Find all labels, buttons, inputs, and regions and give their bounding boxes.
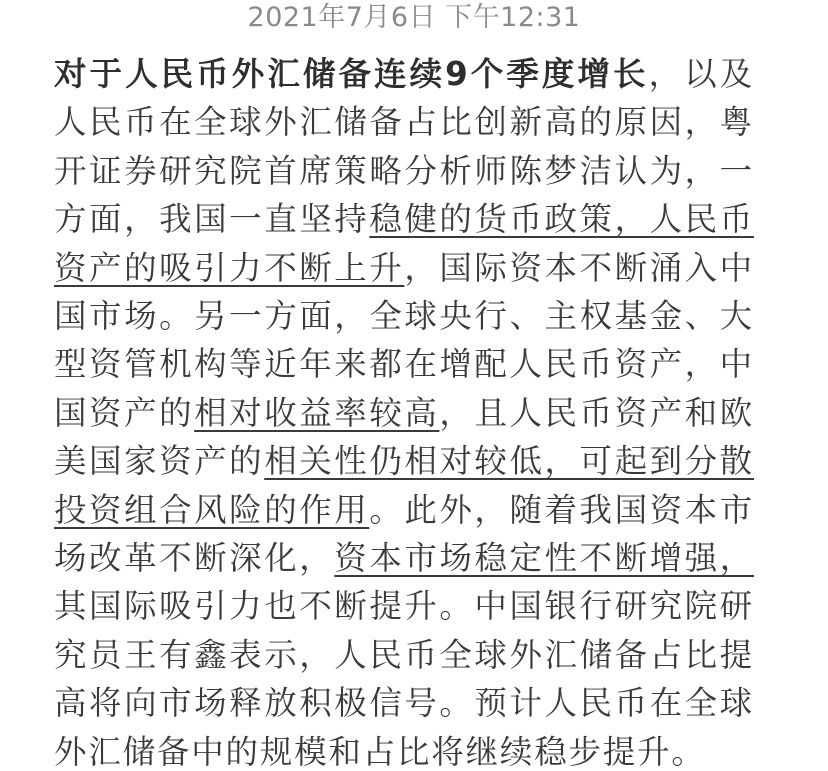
message-timestamp: 2021年7月6日 下午12:31 <box>0 0 828 36</box>
article-body: 对于人民币外汇储备连续9个季度增长，以及人民币在全球外汇储备占比创新高的原因，粤… <box>54 50 754 771</box>
article-underlined-text: 资本市场稳定性不断增强， <box>334 539 754 577</box>
article-lead-bold: 对于人民币外汇储备连续9个季度增长 <box>54 55 649 93</box>
article-text: 其国际吸引力也不断提升。中国银行研究院研究员王有鑫表示，人民币全球外汇储备占比提… <box>54 587 754 770</box>
article-underlined-text: 相对收益率较高 <box>194 394 439 432</box>
